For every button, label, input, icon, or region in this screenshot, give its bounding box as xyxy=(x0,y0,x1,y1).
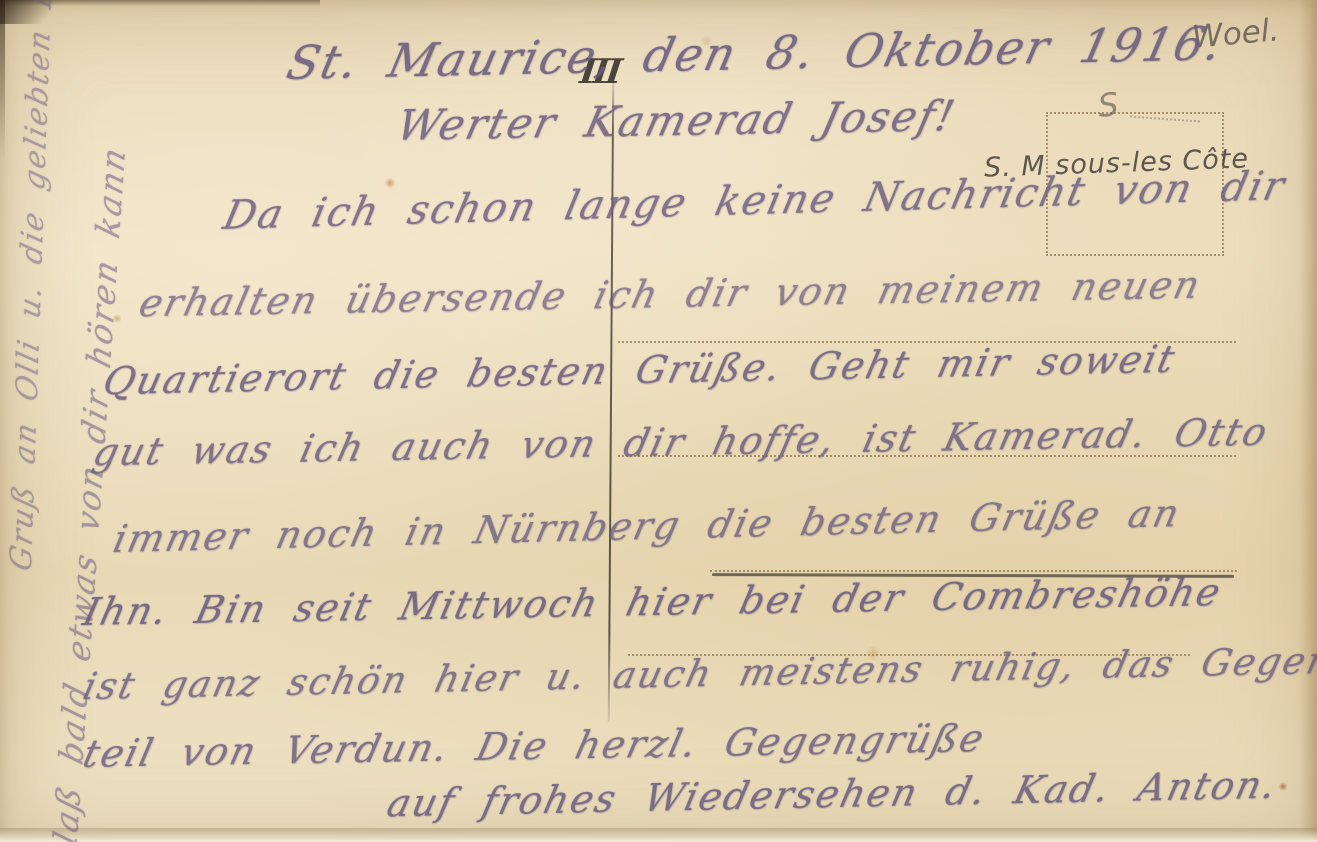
scan-edge-right xyxy=(1299,0,1317,842)
handwriting-line: gut was ich auch von dir hoffe, ist Kame… xyxy=(89,410,1273,475)
postcard-scan: Woel. S S. M sous-les Côte III St. Mauri… xyxy=(0,0,1317,842)
foxing-stain xyxy=(1278,782,1288,791)
handwriting-line: ist ganz schön hier u. auch meistens ruh… xyxy=(79,639,1317,708)
handwriting-line: Ihn. Bin seit Mittwoch hier bei der Comb… xyxy=(79,570,1226,634)
handwriting-line: teil von Verdun. Die herzl. Gegengrüße xyxy=(79,716,990,776)
scan-edge-bottom xyxy=(0,828,1317,842)
handwriting-line: immer noch in Nürnberg die besten Grüße … xyxy=(109,491,1185,561)
salutation: Werter Kamerad Josef! xyxy=(392,91,961,150)
margin-note: Gruß an Olli u. die geliebten Leute xyxy=(4,0,62,575)
center-divider-line xyxy=(608,78,614,722)
signature-line: auf frohes Wiedersehen d. Kad. Anton. xyxy=(383,763,1282,826)
stamp-box-mark: S xyxy=(1096,85,1120,125)
foxing-stain xyxy=(384,178,396,188)
handwriting-line: erhalten übersende ich dir von meinem ne… xyxy=(135,263,1206,326)
handwriting-line: Quartierort die besten Grüße. Geht mir s… xyxy=(99,337,1180,404)
scan-edge-left xyxy=(0,0,5,160)
dateline: St. Maurice, den 8. Oktober 1916. xyxy=(282,16,1229,90)
